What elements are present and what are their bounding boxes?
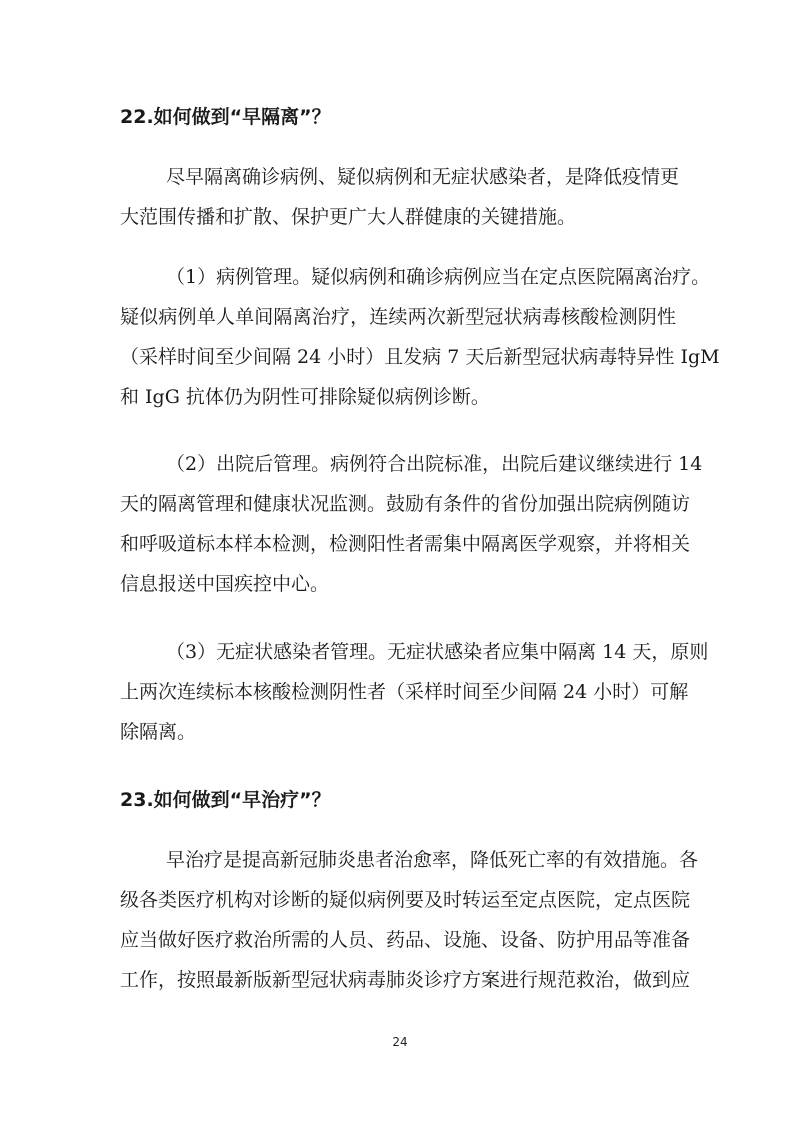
paragraph-line: （3）无症状感染者管理。无症状感染者应集中隔离 14 天，原则	[166, 640, 676, 664]
paragraph-line: 信息报送中国疾控中心。	[120, 572, 676, 596]
paragraph-line: 上两次连续标本核酸检测阴性者（采样时间至少间隔 24 小时）可解	[120, 680, 676, 704]
paragraph-line: （采样时间至少间隔 24 小时）且发病 7 天后新型冠状病毒特异性 IgM	[120, 345, 676, 369]
document-page: 22.如何做到“早隔离”？ 尽早隔离确诊病例、疑似病例和无症状感染者，是降低疫情…	[0, 0, 800, 1131]
paragraph-line: 和 IgG 抗体仍为阴性可排除疑似病例诊断。	[120, 385, 676, 409]
paragraph-line: 尽早隔离确诊病例、疑似病例和无症状感染者，是降低疫情更	[166, 165, 676, 189]
paragraph-line: 级各类医疗机构对诊断的疑似病例要及时转运至定点医院，定点医院	[120, 888, 676, 912]
paragraph-line: 工作，按照最新版新型冠状病毒肺炎诊疗方案进行规范救治，做到应	[120, 968, 676, 992]
paragraph-line: （2）出院后管理。病例符合出院标准，出院后建议继续进行 14	[166, 452, 676, 476]
section-heading-23: 23.如何做到“早治疗”？	[120, 788, 331, 812]
section-heading-22: 22.如何做到“早隔离”？	[120, 105, 331, 129]
paragraph-line: 疑似病例单人单间隔离治疗，连续两次新型冠状病毒核酸检测阴性	[120, 305, 676, 329]
paragraph-line: 大范围传播和扩散、保护更广大人群健康的关键措施。	[120, 205, 676, 229]
paragraph-line: 除隔离。	[120, 720, 676, 744]
paragraph-line: 和呼吸道标本样本检测，检测阳性者需集中隔离医学观察，并将相关	[120, 532, 676, 556]
paragraph-line: 天的隔离管理和健康状况监测。鼓励有条件的省份加强出院病例随访	[120, 492, 676, 516]
paragraph-line: 早治疗是提高新冠肺炎患者治愈率，降低死亡率的有效措施。各	[166, 848, 676, 872]
paragraph-line: 应当做好医疗救治所需的人员、药品、设施、设备、防护用品等准备	[120, 928, 676, 952]
page-number: 24	[0, 1035, 800, 1049]
paragraph-line: （1）病例管理。疑似病例和确诊病例应当在定点医院隔离治疗。	[166, 265, 676, 289]
